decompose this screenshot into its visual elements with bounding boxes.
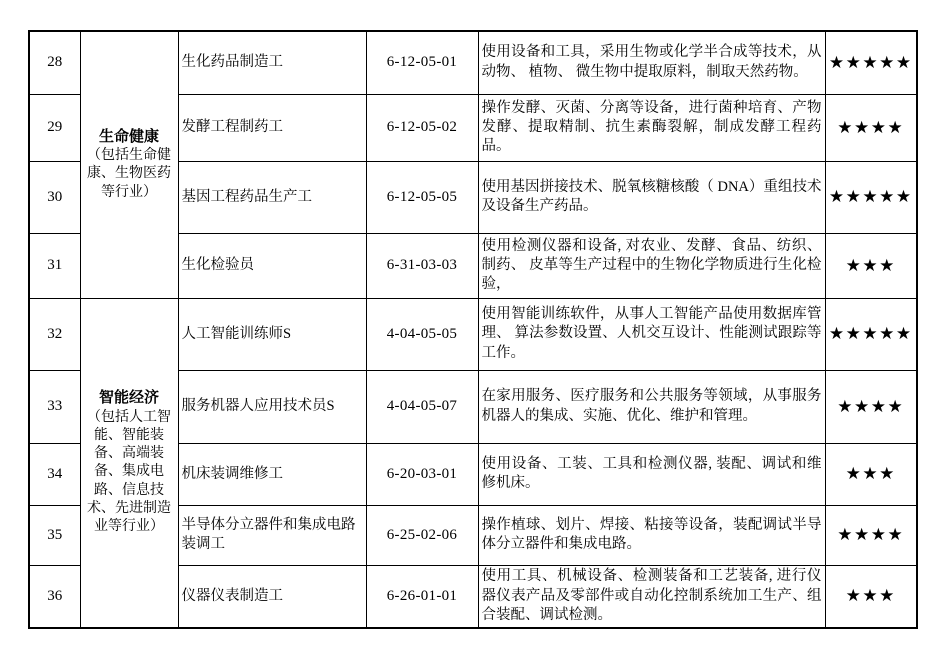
occupation-name-cell: 人工智能训练师S (178, 298, 366, 370)
category-title: 生命健康 (84, 128, 175, 148)
row-number-cell: 34 (29, 443, 80, 505)
category-title: 智能经济 (84, 389, 175, 409)
row-number-cell: 36 (29, 565, 80, 628)
occupation-description-cell: 使用工具、机械设备、检测装备和工艺装备, 进行仪器仪表产品及零部件或自动化控制系… (478, 565, 825, 628)
star-rating-cell: ★★★★ (825, 505, 917, 565)
occupation-name-cell: 仪器仪表制造工 (178, 565, 366, 628)
row-number-cell: 31 (29, 233, 80, 298)
table-row: 32 智能经济 （包括人工智能、智能装备、高端装备、集成电路、信息技术、先进制造… (29, 298, 917, 370)
occupation-name-cell: 半导体分立器件和集成电路装调工 (178, 505, 366, 565)
occupation-code-cell: 6-12-05-01 (366, 31, 478, 94)
occupation-code-cell: 4-04-05-05 (366, 298, 478, 370)
occupation-name-cell: 生化药品制造工 (178, 31, 366, 94)
occupation-description-cell: 使用检测仪器和设备, 对农业、发酵、食品、纺织、制药、 皮革等生产过程中的生物化… (478, 233, 825, 298)
star-rating-cell: ★★★ (825, 565, 917, 628)
occupation-name-cell: 生化检验员 (178, 233, 366, 298)
category-cell: 生命健康 （包括生命健康、生物医药等行业） (80, 31, 178, 298)
occupation-code-cell: 6-26-01-01 (366, 565, 478, 628)
star-rating-cell: ★★★ (825, 443, 917, 505)
row-number-cell: 32 (29, 298, 80, 370)
occupation-description-cell: 使用设备和工具，采用生物或化学半合成等技术，从动物、 植物、 微生物中提取原料，… (478, 31, 825, 94)
occupation-name-cell: 发酵工程制药工 (178, 94, 366, 161)
star-rating-cell: ★★★★★ (825, 31, 917, 94)
table-row: 28 生命健康 （包括生命健康、生物医药等行业） 生化药品制造工 6-12-05… (29, 31, 917, 94)
row-number-cell: 33 (29, 370, 80, 443)
star-rating-cell: ★★★★ (825, 94, 917, 161)
category-subtitle: （包括人工智能、智能装备、高端装备、集成电路、信息技术、先进制造业等行业） (84, 409, 175, 536)
star-rating-cell: ★★★ (825, 233, 917, 298)
occupation-code-cell: 6-12-05-02 (366, 94, 478, 161)
occupation-name-cell: 机床装调维修工 (178, 443, 366, 505)
row-number-cell: 28 (29, 31, 80, 94)
star-rating-cell: ★★★★★ (825, 161, 917, 233)
occupation-code-cell: 6-31-03-03 (366, 233, 478, 298)
occupation-description-cell: 使用智能训练软件，从事人工智能产品使用数据库管理、 算法参数设置、人机交互设计、… (478, 298, 825, 370)
category-cell: 智能经济 （包括人工智能、智能装备、高端装备、集成电路、信息技术、先进制造业等行… (80, 298, 178, 628)
occupation-code-cell: 4-04-05-07 (366, 370, 478, 443)
occupation-description-cell: 操作发酵、灭菌、分离等设备，进行菌种培育、产物发酵、提取精制、抗生素酶裂解，制成… (478, 94, 825, 161)
star-rating-cell: ★★★★★ (825, 298, 917, 370)
row-number-cell: 30 (29, 161, 80, 233)
row-number-cell: 29 (29, 94, 80, 161)
occupation-code-cell: 6-20-03-01 (366, 443, 478, 505)
occupation-name-cell: 基因工程药品生产工 (178, 161, 366, 233)
star-rating-cell: ★★★★ (825, 370, 917, 443)
document-page: 28 生命健康 （包括生命健康、生物医药等行业） 生化药品制造工 6-12-05… (0, 0, 947, 658)
occupation-name-cell: 服务机器人应用技术员S (178, 370, 366, 443)
row-number-cell: 35 (29, 505, 80, 565)
occupation-description-cell: 操作植球、划片、焊接、粘接等设备，装配调试半导体分立器件和集成电路。 (478, 505, 825, 565)
occupation-description-cell: 使用基因拼接技术、脱氧核糖核酸（ DNA）重组技术及设备生产药品。 (478, 161, 825, 233)
category-subtitle: （包括生命健康、生物医药等行业） (84, 147, 175, 202)
occupation-code-cell: 6-12-05-05 (366, 161, 478, 233)
occupation-description-cell: 在家用服务、医疗服务和公共服务等领域，从事服务机器人的集成、实施、优化、维护和管… (478, 370, 825, 443)
occupation-table: 28 生命健康 （包括生命健康、生物医药等行业） 生化药品制造工 6-12-05… (28, 30, 918, 629)
occupation-table-body: 28 生命健康 （包括生命健康、生物医药等行业） 生化药品制造工 6-12-05… (29, 31, 917, 628)
occupation-code-cell: 6-25-02-06 (366, 505, 478, 565)
occupation-description-cell: 使用设备、工装、工具和检测仪器, 装配、调试和维修机床。 (478, 443, 825, 505)
